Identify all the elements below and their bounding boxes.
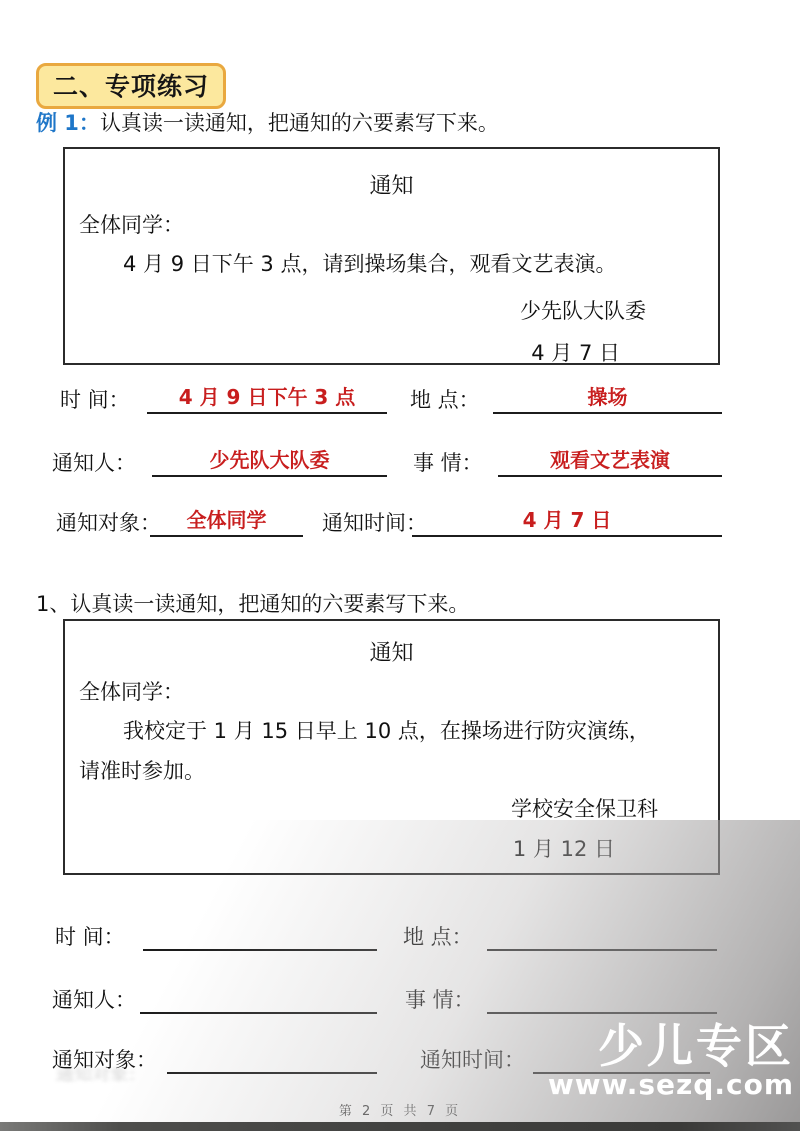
example-prompt-text: 认真读一读通知，把通知的六要素写下来。: [100, 111, 499, 135]
field-answer-notice-time: 4 月 7 日: [412, 505, 722, 537]
field-label-event: 事 情：: [405, 984, 475, 1014]
page-number: 第 2 页 共 7 页: [0, 1100, 800, 1119]
notice-date: 1 月 12 日: [513, 833, 615, 863]
example-field-row-2: 通知人： 少先队大队委 事 情： 观看文艺表演: [0, 447, 800, 479]
field-blank-place: [487, 919, 717, 951]
exercise-prompt: 1、认真读一读通知，把通知的六要素写下来。: [36, 588, 469, 618]
notice-title: 通知: [65, 169, 718, 200]
exercise-notice-box: 通知 全体同学： 我校定于 1 月 15 日早上 10 点，在操场进行防灾演练，…: [63, 619, 720, 875]
field-answer-event: 观看文艺表演: [498, 445, 722, 477]
field-blank-time: [143, 919, 377, 951]
section-title: 二、专项练习: [36, 63, 226, 109]
field-blank-audience: [167, 1042, 377, 1074]
notice-salutation: 全体同学：: [79, 209, 184, 239]
notice-body-line1: 我校定于 1 月 15 日早上 10 点，在操场进行防灾演练，: [123, 715, 650, 745]
exercise-field-row-2: 通知人： 事 情：: [0, 984, 800, 1016]
notice-date: 4 月 7 日: [531, 337, 620, 367]
field-answer-time: 4 月 9 日下午 3 点: [147, 382, 387, 414]
example-field-row-3: 通知对象： 全体同学 通知时间： 4 月 7 日: [0, 507, 800, 539]
field-answer-notifier: 少先队大队委: [152, 445, 387, 477]
notice-signer: 少先队大队委: [520, 295, 646, 325]
notice-title: 通知: [65, 636, 718, 667]
field-answer-place: 操场: [493, 382, 722, 414]
field-blank-notifier: [140, 982, 377, 1014]
example-notice-box: 通知 全体同学： 4 月 9 日下午 3 点，请到操场集合，观看文艺表演。 少先…: [63, 147, 720, 365]
field-label-audience: 通知对象：: [52, 1044, 157, 1074]
field-label-place: 地 点：: [403, 921, 473, 951]
field-label-audience: 通知对象：: [56, 507, 161, 537]
field-label-time: 时 间：: [55, 921, 125, 951]
field-label-notice-time: 通知时间：: [420, 1044, 525, 1074]
exercise-field-row-1: 时 间： 地 点：: [0, 921, 800, 953]
watermark-url: www.sezq.com: [548, 1070, 794, 1099]
field-label-notifier: 通知人：: [52, 447, 136, 477]
field-label-place: 地 点：: [410, 384, 480, 414]
watermark-brand: 少儿专区: [548, 1022, 794, 1070]
field-label-notifier: 通知人：: [52, 984, 136, 1014]
notice-body-line2: 请准时参加。: [79, 755, 205, 785]
field-blank-event: [487, 982, 717, 1014]
notice-body: 4 月 9 日下午 3 点，请到操场集合，观看文艺表演。: [123, 248, 616, 278]
notice-salutation: 全体同学：: [79, 676, 184, 706]
field-label-time: 时 间：: [60, 384, 130, 414]
notice-signer: 学校安全保卫科: [511, 793, 658, 823]
example-field-row-1: 时 间： 4 月 9 日下午 3 点 地 点： 操场: [0, 384, 800, 416]
field-label-event: 事 情：: [413, 447, 483, 477]
photo-bottom-edge: [0, 1122, 800, 1131]
field-answer-audience: 全体同学: [150, 505, 303, 537]
worksheet-page: 二、专项练习 例 1：认真读一读通知，把通知的六要素写下来。 通知 全体同学： …: [0, 0, 800, 1131]
watermark: 少儿专区 www.sezq.com: [548, 1022, 794, 1100]
example-prompt-label: 例 1：: [36, 111, 100, 135]
example-prompt: 例 1：认真读一读通知，把通知的六要素写下来。: [36, 107, 499, 137]
